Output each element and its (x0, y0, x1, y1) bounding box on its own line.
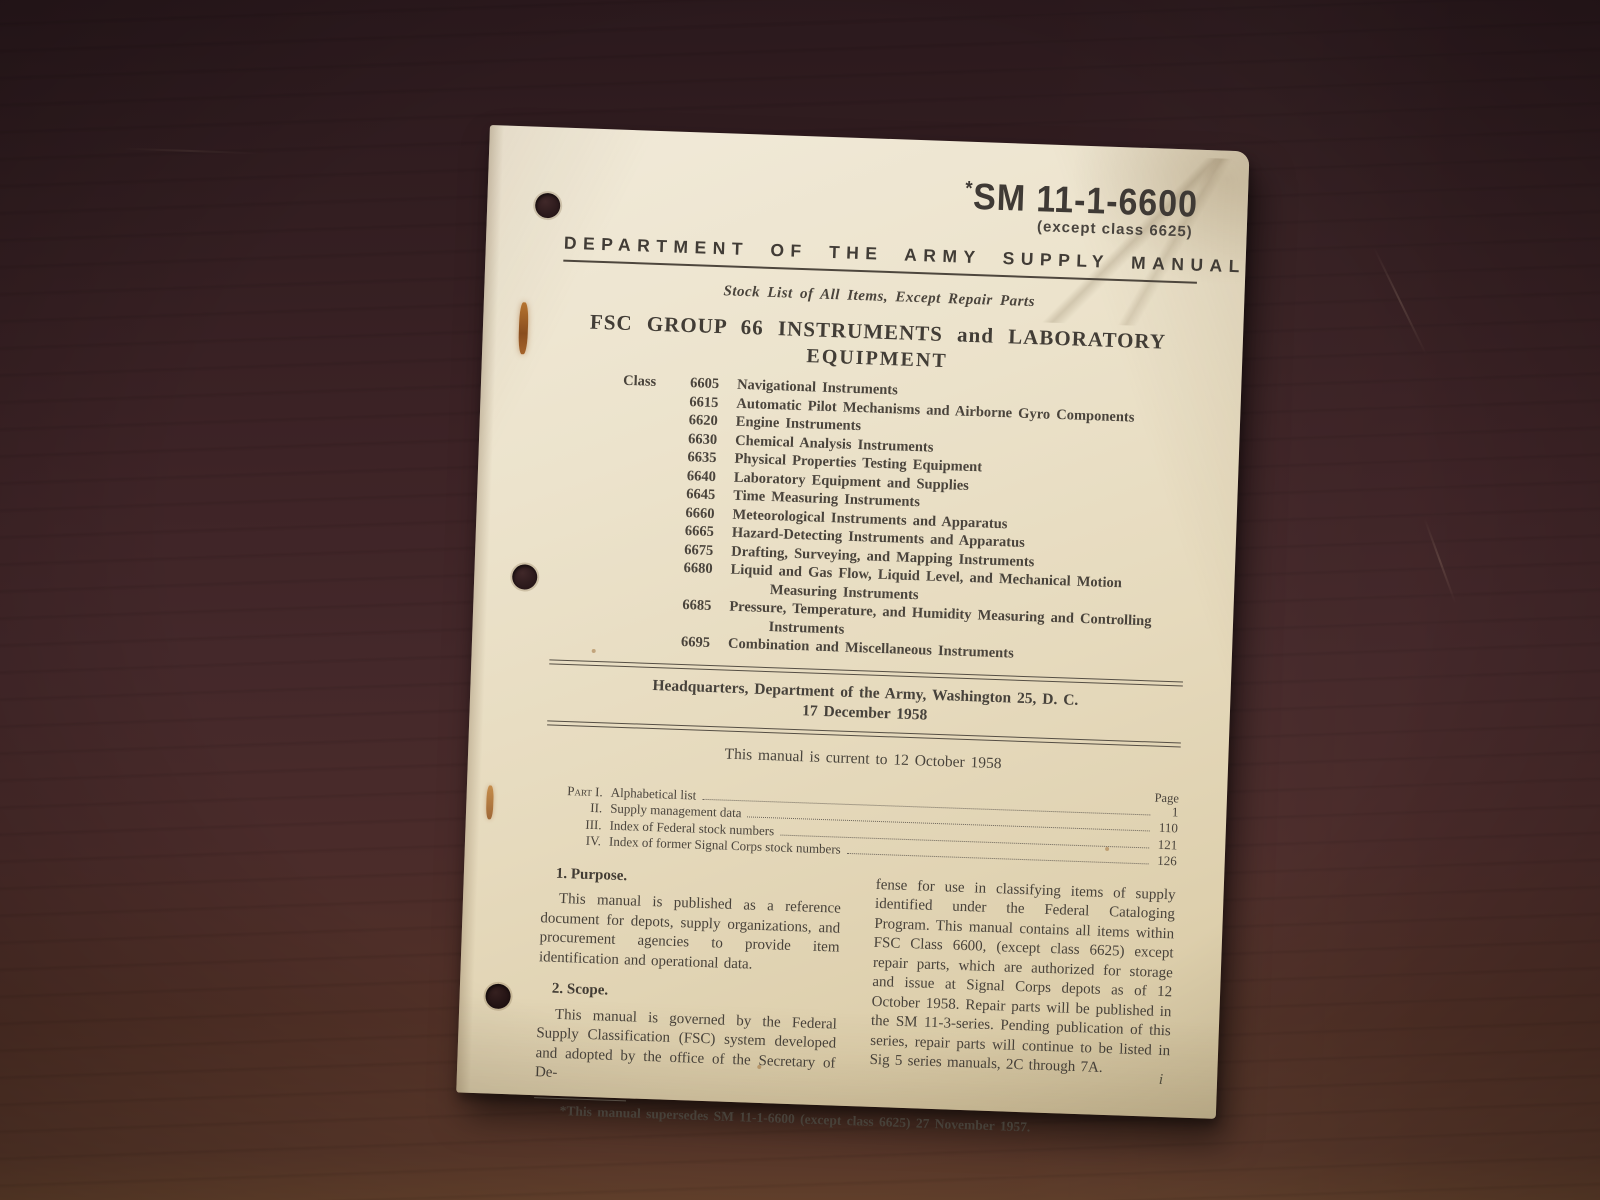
photo-vignette (0, 0, 1600, 1200)
